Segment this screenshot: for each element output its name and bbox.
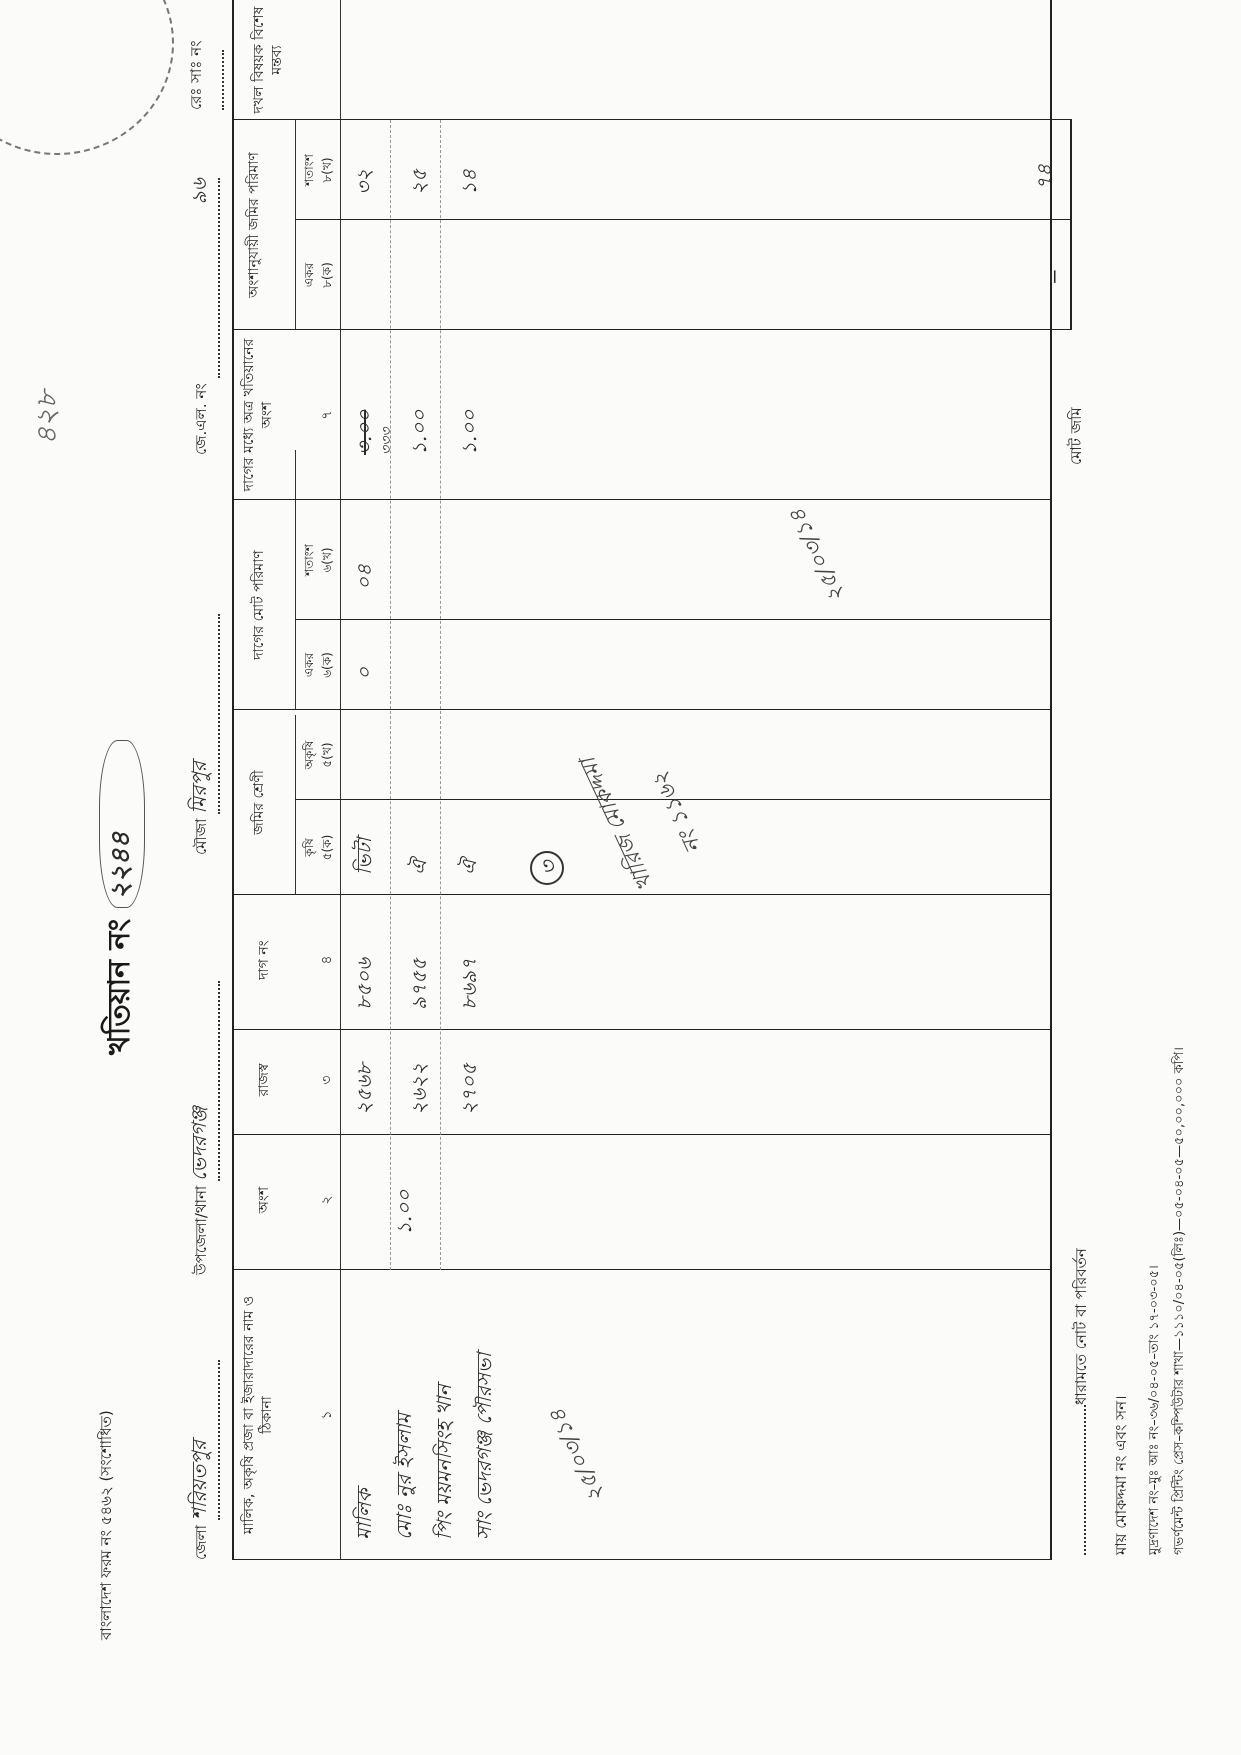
- row-3-krishi: ঐ: [455, 859, 488, 875]
- col-revenue-header: রাজস্ব: [255, 1030, 273, 1130]
- row-2-revenue: ২৬২২: [405, 1063, 438, 1115]
- col-share-header: অংশ: [255, 1135, 273, 1265]
- case-line: মায় মোকদ্দমা নং এবং সন।: [1110, 1396, 1135, 1555]
- khatian-label: খতিয়ান নং: [102, 919, 137, 1055]
- row-2-dag: ৯৭৫৫: [405, 958, 438, 1010]
- row-1-dag: ৮৫০৬: [350, 958, 383, 1010]
- dhara-note: ধারামতে নোট বা পরিবর্তন: [1070, 1248, 1095, 1555]
- row-3-dag: ৮৬৯৭: [455, 958, 488, 1010]
- owner-line-3: সাং ভেদরগঞ্জ পৌরসভা: [470, 1353, 503, 1540]
- row-2-decimal2: ২৫: [405, 169, 438, 195]
- reg-field: রেঃ সাঃ নং: [185, 0, 228, 110]
- col-dag-total-header: দাগের মোট পরিমাণ: [250, 500, 268, 710]
- jl-field: জে.এল. নং ৯৬: [185, 178, 220, 455]
- row-1-decimal: ০৪: [350, 564, 383, 590]
- mouza-field: মৌজা মিরপুর: [185, 614, 220, 855]
- official-stamp: [0, 0, 174, 155]
- table-top-border: [232, 0, 234, 1560]
- row-1-revenue: ২৫৬৮: [350, 1063, 383, 1115]
- side-note-number: ৪২৮: [25, 390, 72, 445]
- upazila-value: ভেদরগঞ্জ: [185, 981, 220, 1181]
- row-3-revenue: ২৭০৫: [455, 1063, 488, 1115]
- owner-line-2: পিং ময়মনসিংহ খান: [430, 1385, 463, 1540]
- row-1-krishi: ভিটা: [350, 838, 383, 875]
- total-decimal: ৭৪: [1030, 164, 1063, 190]
- col-share-in-dag-header: দাগের মধ্যে অত্র খতিয়ানের অংশ: [240, 335, 276, 495]
- col-land-amount-header: অংশানুযায়ী জমির পরিমাণ: [245, 120, 263, 330]
- mouza-value: মিরপুর: [185, 614, 220, 814]
- total-acre: =: [1040, 268, 1064, 285]
- mutation-remark-2: নং ১১৬২: [643, 764, 713, 858]
- col-land-class-header: জমির শ্রেণী: [250, 710, 268, 895]
- owner-heading: মালিক: [350, 1488, 383, 1540]
- mutation-remark-1: খারিজ মোকদ্দমা: [571, 750, 665, 896]
- table-bottom-border: [1050, 0, 1052, 1560]
- district-value: শরিয়তপুর: [185, 1360, 220, 1520]
- col-owner-header: মালিক, অকৃষি প্রজা বা ইজারাদারের নাম ও ঠ…: [240, 1275, 276, 1555]
- row-1-acre: ০: [350, 667, 383, 680]
- khatian-form-page: বাংলাদেশ ফরম নং ৫৪৬২ (সংশোধিত) খতিয়ান ন…: [0, 0, 1241, 1755]
- circled-number: ৩: [530, 851, 564, 885]
- jl-value: ৯৬: [185, 178, 220, 378]
- row-2-share-in_dag: ১.০০: [405, 410, 438, 455]
- header-bottom-border: [340, 0, 341, 1560]
- print-line-1: মুদ্রণাদেশ নং–মুঃ আঃ নং–৩৬/০৪-০৫–তাং ১৭-…: [1145, 1265, 1166, 1555]
- district-field: জেলা শরিয়তপুর: [185, 1360, 220, 1560]
- col-remarks-header: দখল বিষয়ক বিশেষ মন্তব্য: [250, 5, 286, 115]
- struck-share-note: ৩৩৩: [375, 428, 399, 455]
- row-1-decimal2: ৩২: [350, 169, 383, 195]
- col-dag-header: দাগ নং: [255, 895, 273, 1025]
- officer-signature-date: ২৫/০৩/১৪: [780, 501, 856, 608]
- total-label: মোট জমি: [1065, 407, 1090, 465]
- row-3-share-in_dag: ১.০০: [455, 410, 488, 455]
- row-2-krishi: ঐ: [405, 859, 438, 875]
- print-line-2: গভর্ণমেন্ট প্রিন্টিং প্রেস–কম্পিউটার শাখ…: [1170, 1047, 1191, 1555]
- owner-line-1: মোঃ নুর ইসলাম: [390, 1413, 423, 1540]
- form-id: বাংলাদেশ ফরম নং ৫৪৬২ (সংশোধিত): [95, 1410, 120, 1640]
- upazila-field: উপজেলা/থানা ভেদরগঞ্জ: [185, 981, 220, 1275]
- owner-share: ১.০০: [390, 1190, 423, 1235]
- owner-signature-date: ২৫/০৩/১৪: [540, 1401, 616, 1508]
- khatian-number: ২২৪৪: [99, 740, 145, 908]
- page-title: খতিয়ান নং ২২৪৪: [95, 740, 146, 1055]
- row-3-decimal2: ১৪: [455, 169, 488, 195]
